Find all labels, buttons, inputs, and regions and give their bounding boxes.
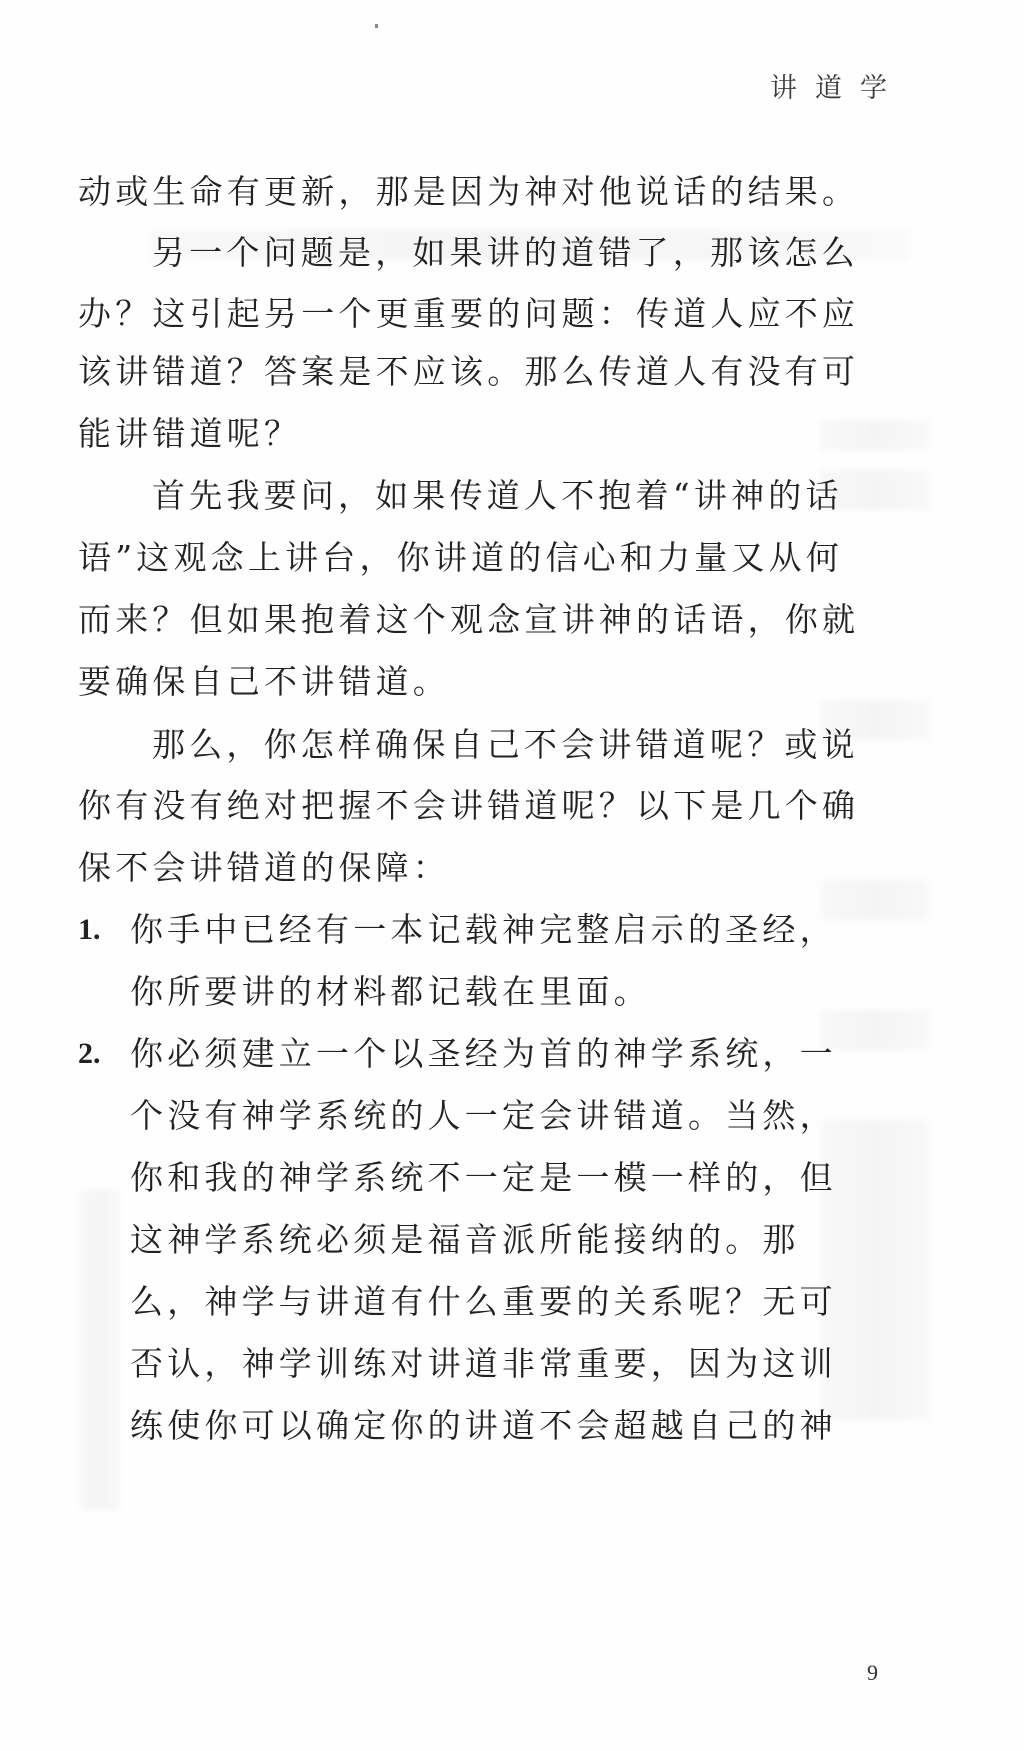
scanned-book-page: 讲道学 动或生命有更新，那是因为神对他说话的结果。 另一个问题是，如果讲的道错了… <box>0 0 1024 1751</box>
list-item-text-line: 练使你可以确定你的讲道不会超越自己的神 <box>130 1404 837 1448</box>
body-text-line: 而来？但如果抱着这个观念宣讲神的话语，你就 <box>78 598 859 642</box>
list-item-text-line: 你所要讲的材料都记载在里面。 <box>130 970 651 1014</box>
page-number: 9 <box>867 1660 878 1686</box>
list-item-text-line: 么，神学与讲道有什么重要的关系呢？无可 <box>130 1280 837 1324</box>
list-item-text-line: 你手中已经有一本记载神完整启示的圣经， <box>130 908 837 952</box>
body-text-line: 能讲错道呢？ <box>78 412 301 456</box>
body-text-line: 首先我要问，如果传道人不抱着“讲神的话 <box>152 474 843 518</box>
scan-speck <box>375 24 378 28</box>
body-text-line: 你有没有绝对把握不会讲错道呢？以下是几个确 <box>78 784 859 828</box>
body-text-line: 语”这观念上讲台，你讲道的信心和力量又从何 <box>78 536 843 580</box>
body-text-line: 那么，你怎样确保自己不会讲错道呢？或说 <box>152 723 859 767</box>
running-head-title: 讲道学 <box>770 66 905 105</box>
list-item-text-line: 否认，神学训练对讲道非常重要，因为这训 <box>130 1342 837 1386</box>
body-text-line: 该讲错道？答案是不应该。那么传道人有没有可 <box>78 350 859 394</box>
body-text-line: 要确保自己不讲错道。 <box>78 660 450 704</box>
show-through-shading <box>80 1190 120 1510</box>
body-text-line: 另一个问题是，如果讲的道错了，那该怎么 <box>152 231 859 275</box>
list-marker: 1. <box>78 908 101 952</box>
body-text-line: 保不会讲错道的保障： <box>78 846 450 890</box>
list-item-text-line: 个没有神学系统的人一定会讲错道。当然， <box>130 1094 837 1138</box>
list-marker: 2. <box>78 1032 101 1076</box>
body-text-line: 动或生命有更新，那是因为神对他说话的结果。 <box>78 170 859 214</box>
body-text-line: 办？这引起另一个更重要的问题：传道人应不应 <box>78 292 859 336</box>
show-through-shading <box>820 420 930 450</box>
list-item-text-line: 你必须建立一个以圣经为首的神学系统，一 <box>130 1032 837 1076</box>
list-item-text-line: 你和我的神学系统不一定是一模一样的，但 <box>130 1156 837 1200</box>
list-item-text-line: 这神学系统必须是福音派所能接纳的。那 <box>130 1218 800 1262</box>
